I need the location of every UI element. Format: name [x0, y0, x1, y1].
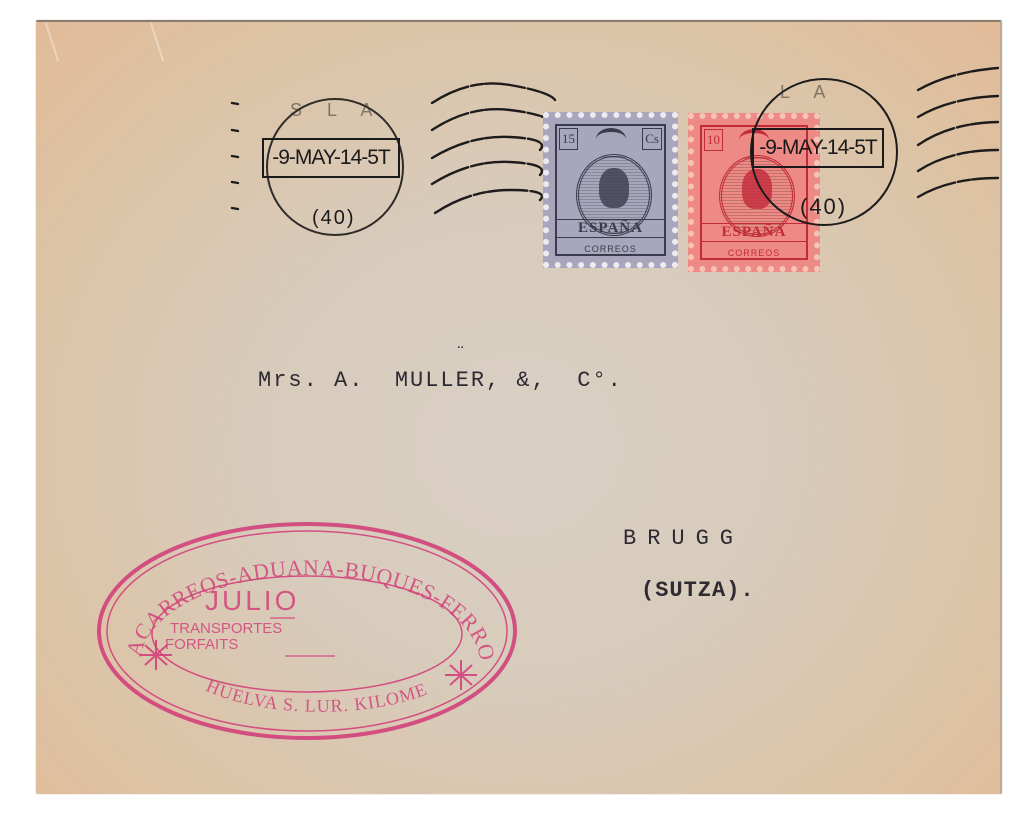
stamp-currency: Cs [642, 128, 662, 150]
postmark-date: -9-MAY-14-5T [262, 138, 400, 178]
sender-cachet: ACARREOS-ADUANA-BUQUES-FERROCARRILES HUE… [95, 520, 519, 742]
stamp-subtitle: CORREOS [694, 248, 814, 258]
king-portrait-icon [599, 168, 629, 208]
cachet-line-2: FORFAITS [165, 636, 238, 653]
cachet-name: JULIO [205, 585, 299, 616]
crown-icon [596, 128, 626, 150]
cachet-line-1: TRANSPORTES [170, 620, 282, 637]
postmark-town: L A [780, 82, 835, 103]
postmark-date: -9-MAY-14-5T [752, 128, 884, 168]
postmark-office-number: (40) [312, 207, 356, 230]
stamp-value: 10 [704, 129, 723, 151]
stamp-value: 15 [559, 128, 578, 150]
address-country: (SUTZA). [641, 578, 755, 603]
stamp-country: ESPAÑA [702, 223, 806, 242]
stamp-subtitle: CORREOS [549, 244, 672, 254]
postmark-office-number: (40) [800, 194, 847, 220]
stamp-country: ESPAÑA [557, 219, 664, 238]
umlaut-mark: ¨ [455, 345, 466, 365]
stamp-15-centimos: 15 Cs ESPAÑA CORREOS [543, 112, 678, 268]
address-city: BRUGG [623, 526, 744, 551]
addressee-line: Mrs. A. MULLER, &, C°. [258, 368, 623, 393]
postmark-town: S L A [290, 100, 382, 121]
